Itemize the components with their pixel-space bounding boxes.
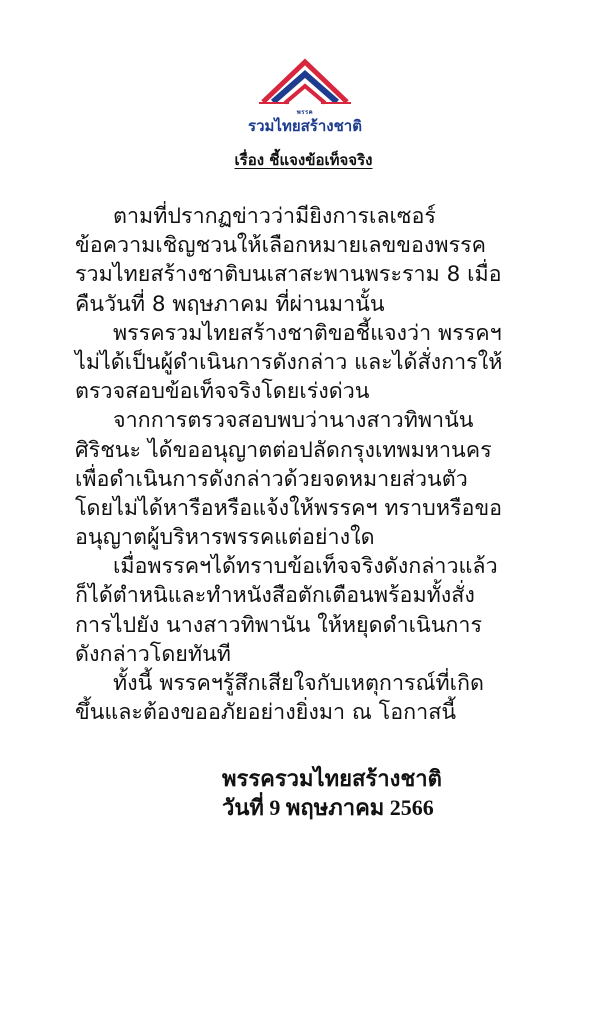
- paragraph-line: ตรวจสอบข้อเท็จจริงโดยเร่งด่วน: [75, 377, 545, 406]
- logo-party-name: รวมไทยสร้างชาติ: [243, 114, 367, 138]
- paragraph-line: รวมไทยสร้างชาติบนเสาสะพานพระราม 8 เมื่อ: [75, 260, 545, 289]
- paragraph-line: ไม่ได้เป็นผู้ดำเนินการดังกล่าว และได้สั่…: [75, 348, 545, 377]
- paragraph-line: ดังกล่าวโดยทันที: [75, 640, 545, 669]
- signature-block: พรรครวมไทยสร้างชาติ วันที่ 9 พฤษภาคม 256…: [222, 764, 442, 822]
- paragraph-first-line: ตามที่ปรากฏข่าวว่ามียิงการเลเซอร์: [75, 202, 545, 231]
- subject-text: เรื่อง ชี้แจงข้อเท็จจริง: [235, 151, 373, 169]
- signature-date: วันที่ 9 พฤษภาคม 2566: [222, 793, 442, 822]
- paragraph-line: โดยไม่ได้หารือหรือแจ้งให้พรรคฯ ทราบหรือข…: [75, 494, 545, 523]
- paragraph-first-line: พรรครวมไทยสร้างชาติขอชี้แจงว่า พรรคฯ: [75, 319, 545, 348]
- party-triangle-logo-icon: [259, 56, 351, 106]
- paragraph-line: ก็ได้ตำหนิและทำหนังสือตักเตือนพร้อมทั้งส…: [75, 581, 545, 610]
- paragraph-line: อนุญาตผู้บริหารพรรคแต่อย่างใด: [75, 523, 545, 552]
- party-logo: พรรค รวมไทยสร้างชาติ: [243, 56, 367, 136]
- paragraph-line: คืนวันที่ 8 พฤษภาคม ที่ผ่านมานั้น: [75, 290, 545, 319]
- paragraph-line: เพื่อดำเนินการดังกล่าวด้วยจดหมายส่วนตัว: [75, 465, 545, 494]
- paragraph-first-line: จากการตรวจสอบพบว่านางสาวทิพานัน: [75, 406, 545, 435]
- paragraph-first-line: ทั้งนี้ พรรคฯรู้สึกเสียใจกับเหตุการณ์ที่…: [75, 669, 545, 698]
- paragraph-first-line: เมื่อพรรคฯได้ทราบข้อเท็จจริงดังกล่าวแล้ว: [75, 552, 545, 581]
- statement-body: ตามที่ปรากฏข่าวว่ามียิงการเลเซอร์ข้อความ…: [75, 202, 545, 727]
- paragraph-line: ขึ้นและต้องขออภัยอย่างยิ่งมา ณ โอกาสนี้: [75, 698, 545, 727]
- paragraph-line: ข้อความเชิญชวนให้เลือกหมายเลขของพรรค: [75, 231, 545, 260]
- paragraph-line: ศิริชนะ ได้ขออนุญาตต่อปลัดกรุงเทพมหานคร: [75, 436, 545, 465]
- paragraph-line: การไปยัง นางสาวทิพานัน ให้หยุดดำเนินการ: [75, 611, 545, 640]
- subject-heading: เรื่อง ชี้แจงข้อเท็จจริง: [0, 148, 607, 172]
- signature-party: พรรครวมไทยสร้างชาติ: [222, 764, 442, 793]
